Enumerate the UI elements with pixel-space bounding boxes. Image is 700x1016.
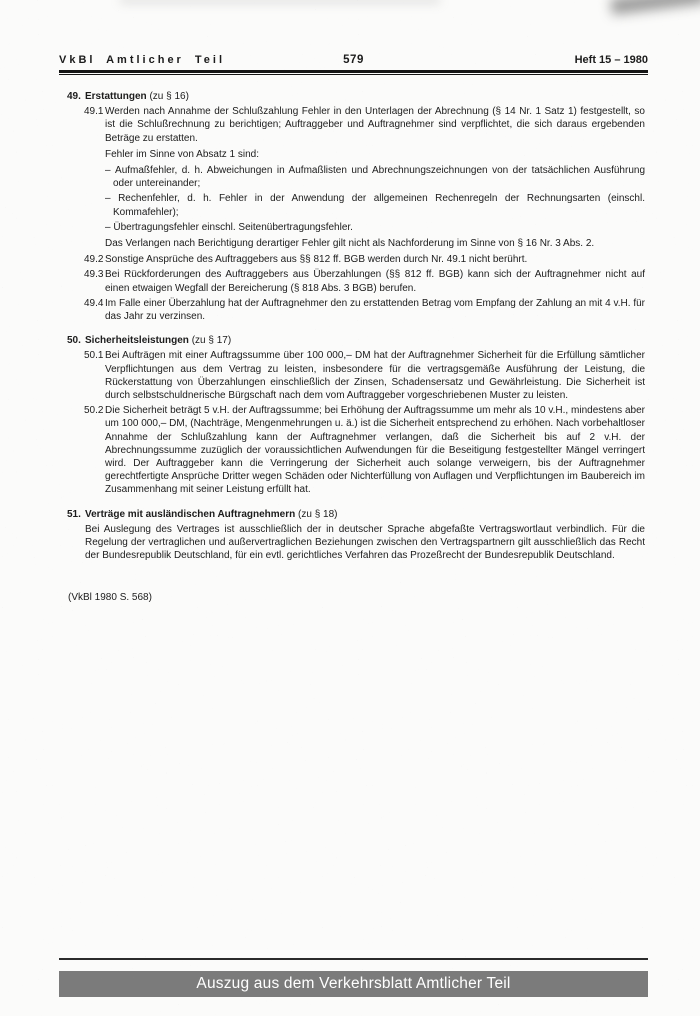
section-49-heading: 49. Erstattungen (zu § 16) <box>68 90 645 103</box>
journal-title: VkBl Amtlicher Teil <box>59 54 289 66</box>
page-footer: Auszug aus dem Verkehrsblatt Amtlicher T… <box>59 958 648 997</box>
paragraph-number: 49.2 <box>84 253 103 266</box>
paragraph-number: 49.3 <box>84 268 103 281</box>
list-item-uebertragungsfehler: Übertragungsfehler einschl. Seitenübertr… <box>68 221 645 234</box>
section-title-suffix: (zu § 17) <box>192 335 231 346</box>
section-50: 50. Sicherheitsleistungen (zu § 17) 50.1… <box>68 334 645 496</box>
scan-smudge-top-right <box>610 0 700 15</box>
paragraph-49-verlangen: Das Verlangen nach Berichtigung derartig… <box>68 237 645 250</box>
paragraph-50-1: 50.1 Bei Aufträgen mit einer Auftragssum… <box>68 349 645 402</box>
paragraph-text: Im Falle einer Überzahlung hat der Auftr… <box>105 298 645 322</box>
paragraph-text: Werden nach Annahme der Schlußzahlung Fe… <box>105 106 645 143</box>
paragraph-number: 49.1 <box>84 105 103 118</box>
scan-smudge-top <box>120 0 440 4</box>
section-title-suffix: (zu § 16) <box>149 91 188 102</box>
paragraph-text: Bei Rückforderungen des Auftraggebers au… <box>105 269 645 293</box>
section-number: 51. <box>67 508 81 521</box>
scanned-gazette-page: { "header": { "left": "VkBl Amtlicher Te… <box>0 0 700 1016</box>
paragraph-51-body: Bei Auslegung des Vertrages ist ausschli… <box>68 523 645 563</box>
section-50-heading: 50. Sicherheitsleistungen (zu § 17) <box>68 334 645 347</box>
section-49: 49. Erstattungen (zu § 16) 49.1 Werden n… <box>68 90 645 323</box>
paragraph-number: 49.4 <box>84 297 103 310</box>
section-title: Erstattungen <box>85 91 147 102</box>
header-rule-thick <box>59 70 648 73</box>
paragraph-text: Die Sicherheit beträgt 5 v.H. der Auftra… <box>105 405 645 495</box>
paragraph-text: Bei Aufträgen mit einer Auftragssumme üb… <box>105 350 645 401</box>
source-note: (VkBl 1980 S. 568) <box>68 591 645 604</box>
paragraph-49-2: 49.2 Sonstige Ansprüche des Auftraggeber… <box>68 253 645 266</box>
issue-label: Heft 15 – 1980 <box>418 54 648 66</box>
page-number: 579 <box>289 54 418 66</box>
paragraph-49-3: 49.3 Bei Rückforderungen des Auftraggebe… <box>68 268 645 294</box>
section-title-suffix: (zu § 18) <box>298 509 337 520</box>
header-rule-thin <box>59 74 648 75</box>
footer-rule <box>59 958 648 960</box>
paragraph-number: 50.2 <box>84 404 103 417</box>
list-item-aufmassfehler: Aufmaßfehler, d. h. Abweichungen in Aufm… <box>68 164 645 190</box>
list-item-rechenfehler: Rechenfehler, d. h. Fehler in der Anwend… <box>68 192 645 218</box>
section-number: 50. <box>67 334 81 347</box>
section-51-heading: 51. Verträge mit ausländischen Auftragne… <box>68 508 645 521</box>
footer-banner: Auszug aus dem Verkehrsblatt Amtlicher T… <box>59 971 648 997</box>
section-title: Verträge mit ausländischen Auftragnehmer… <box>85 509 295 520</box>
paragraph-49-1: 49.1 Werden nach Annahme der Schlußzahlu… <box>68 105 645 145</box>
paragraph-49-intro-fehler: Fehler im Sinne von Absatz 1 sind: <box>68 148 645 161</box>
paragraph-number: 50.1 <box>84 349 103 362</box>
page-header: VkBl Amtlicher Teil 579 Heft 15 – 1980 <box>59 54 648 75</box>
section-51: 51. Verträge mit ausländischen Auftragne… <box>68 508 645 563</box>
paragraph-50-2: 50.2 Die Sicherheit beträgt 5 v.H. der A… <box>68 404 645 496</box>
section-number: 49. <box>67 90 81 103</box>
section-title: Sicherheitsleistungen <box>85 335 189 346</box>
paragraph-49-4: 49.4 Im Falle einer Überzahlung hat der … <box>68 297 645 323</box>
paragraph-text: Sonstige Ansprüche des Auftraggebers aus… <box>105 254 527 265</box>
document-body: 49. Erstattungen (zu § 16) 49.1 Werden n… <box>68 90 645 604</box>
